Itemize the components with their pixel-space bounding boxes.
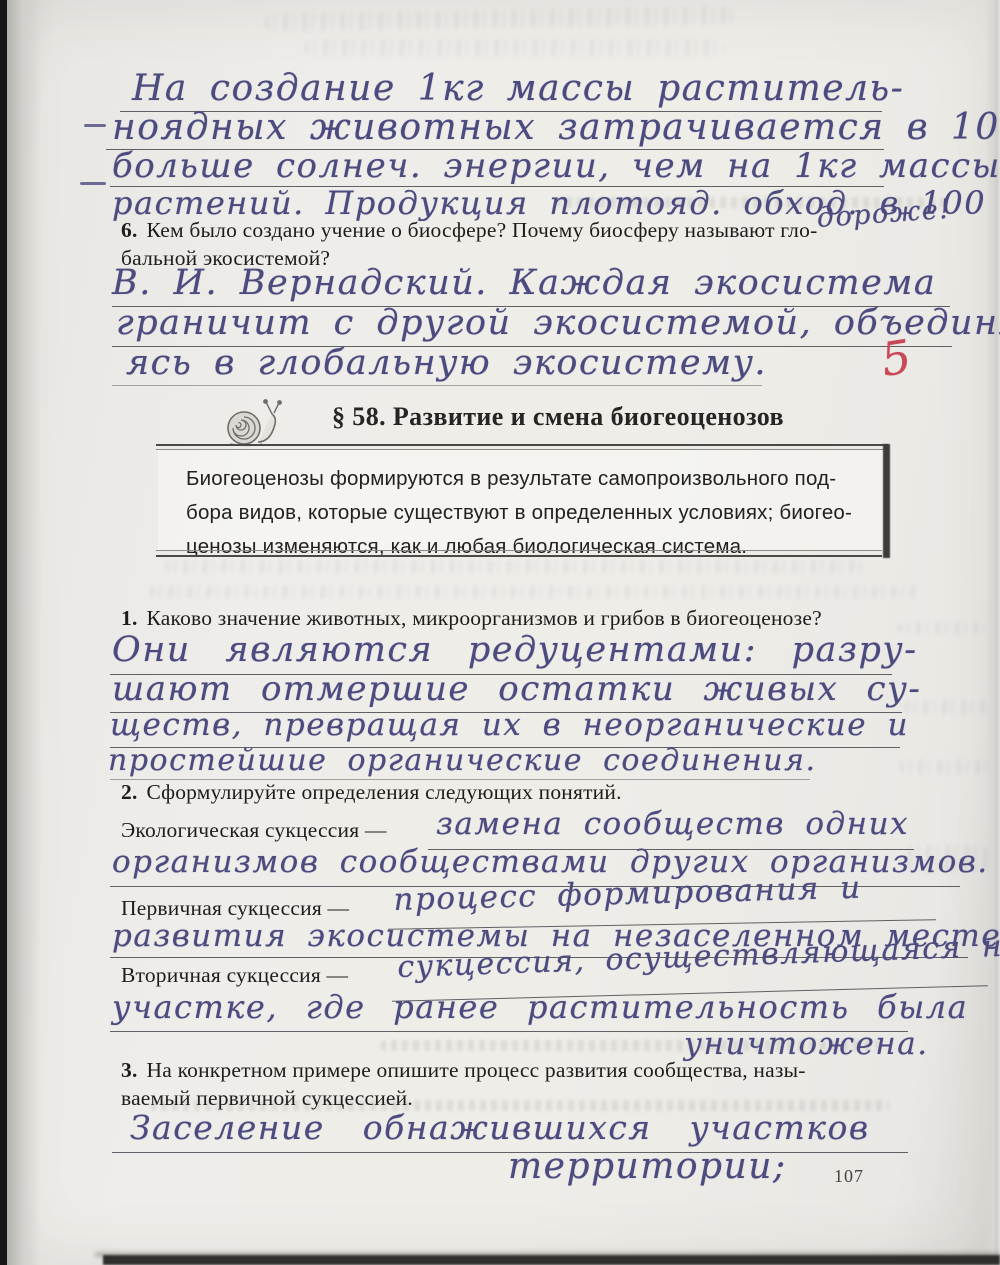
handwritten-line: Они являются редуцентами: разру- (112, 630, 918, 670)
question-text: Кем было создано учение о биосфере? Поче… (147, 218, 818, 242)
rule (156, 550, 882, 551)
page-gutter (7, 0, 41, 1265)
handwritten-line: шают отмершие остатки живых су- (112, 669, 921, 709)
handwritten-line: На создание 1кг массы раститель- (132, 68, 904, 109)
bleed-through-text (900, 760, 990, 774)
margin-dash (84, 124, 106, 127)
answer-line (112, 385, 762, 386)
scan-bottom-edge (103, 1255, 1000, 1265)
handwritten-line: замена сообществ одних (436, 806, 909, 842)
term-label: Экологическая сукцессия — (121, 818, 387, 843)
handwritten-line: граничит с другой экосистемой, объединя- (116, 303, 1000, 343)
rule (156, 444, 888, 446)
question-text: На конкретном примере опишите процесс ра… (147, 1058, 806, 1082)
question-number: 1. (121, 606, 138, 630)
rule (156, 555, 882, 557)
handwritten-line: уничтожена. (684, 1026, 929, 1062)
bleed-through-text (265, 6, 735, 32)
workbook-page-scan: На создание 1кг массы раститель- ноядных… (0, 0, 1000, 1265)
section-title: § 58. Развитие и смена биогеоценозов (332, 402, 784, 432)
question-number: 3. (121, 1058, 138, 1082)
handwritten-line: ноядных животных затрачивается в 10 раз (112, 107, 1000, 148)
bleed-through-text (150, 586, 920, 598)
handwritten-line: участке, где ранее растительность была (112, 988, 968, 1026)
handwritten-line: простейшие органические соединения. (108, 743, 817, 778)
bleed-through-text (305, 40, 725, 56)
term-label: Вторичная сукцессия — (121, 963, 348, 988)
question-number: 2. (121, 780, 138, 804)
question-text: Каково значение животных, микроорганизмо… (147, 606, 822, 630)
snail-icon (222, 398, 286, 455)
handwritten-line: ществ, превращая их в неорганические и (110, 707, 909, 743)
handwritten-line: ясь в глобальную экосистему. (126, 343, 767, 383)
handwritten-line: В. И. Вернадский. Каждая экосистема (112, 263, 936, 303)
definition-box-text: Биогеоценозы формируются в результате са… (186, 462, 874, 564)
page-number: 107 (834, 1166, 864, 1187)
handwritten-line: Заселение обнажившихся участков (130, 1108, 870, 1147)
question-text: Сформулируйте определения следующих поня… (147, 780, 622, 804)
margin-dash (80, 182, 106, 185)
question-number: 6. (121, 218, 138, 242)
scan-left-edge (0, 0, 7, 1265)
handwritten-line: территории; (508, 1146, 787, 1187)
handwritten-line: больше солнеч. энергии, чем на 1кг массы (112, 146, 1000, 186)
box-right-border (883, 444, 890, 558)
